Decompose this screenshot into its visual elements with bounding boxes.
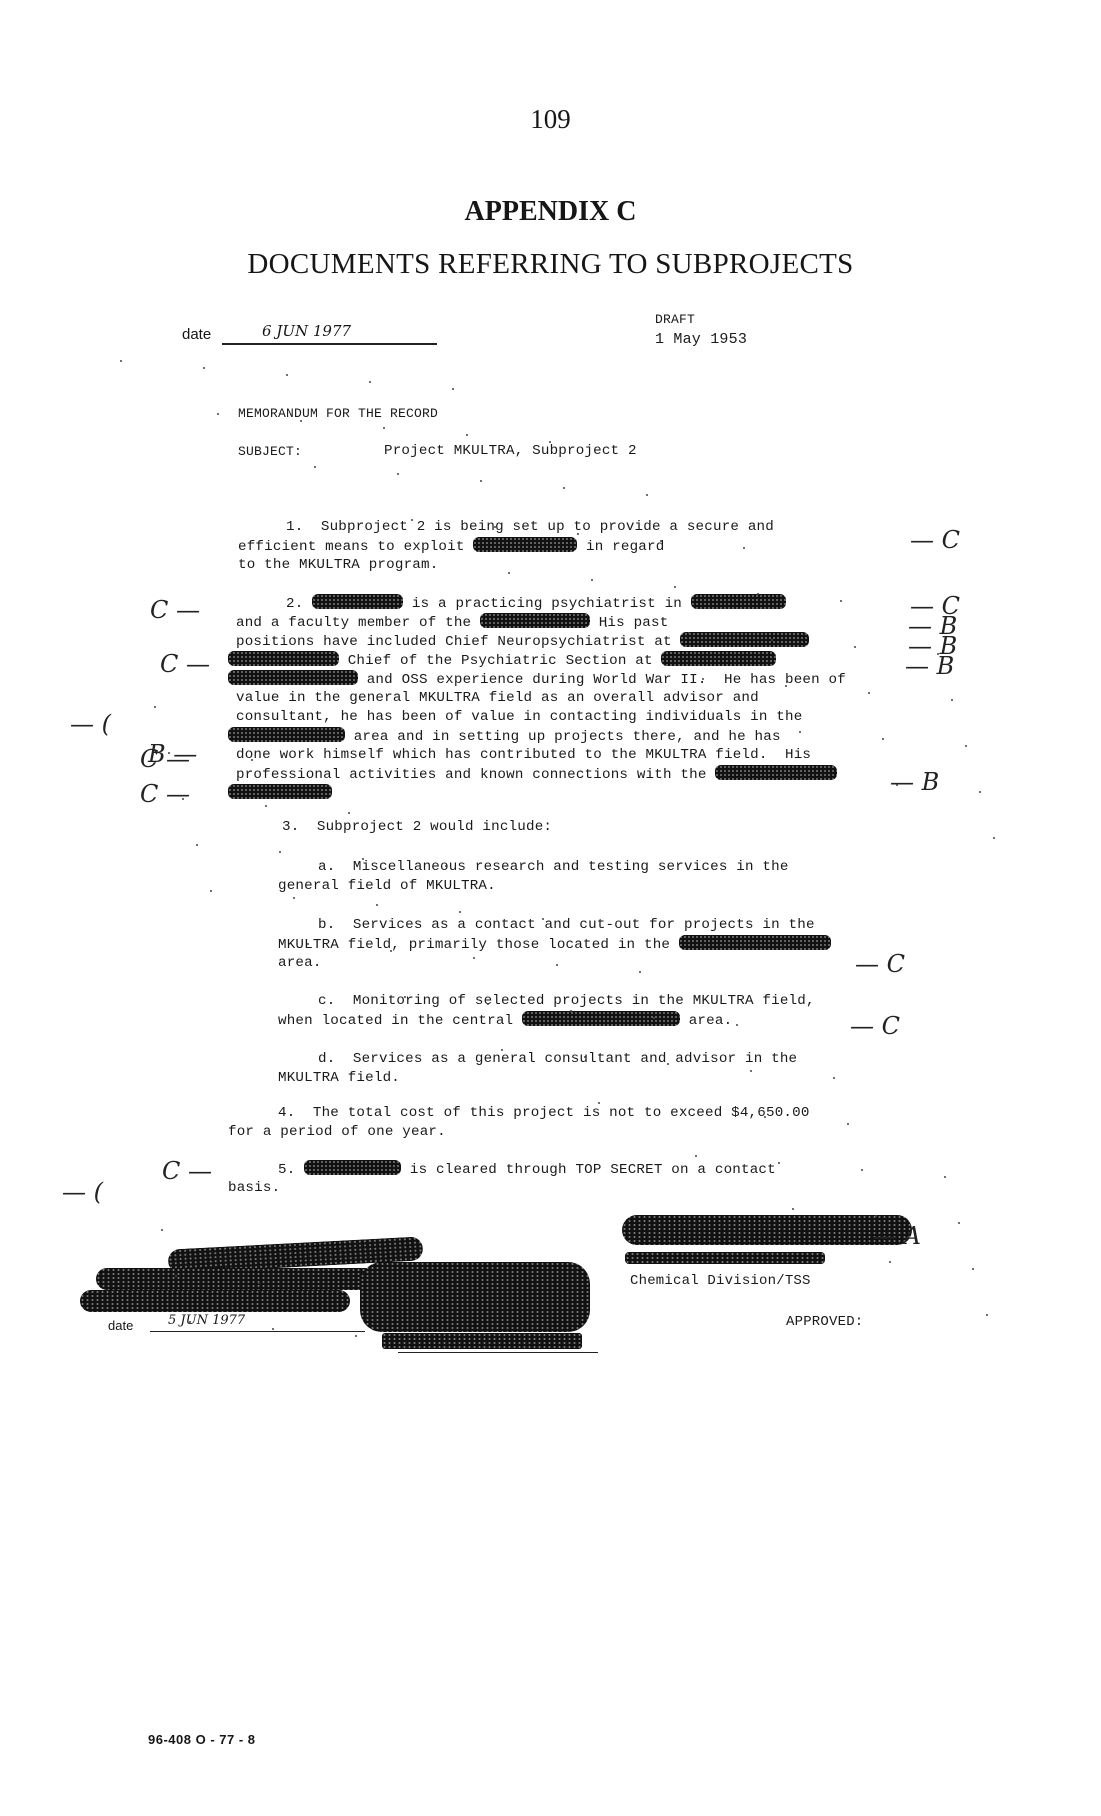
paragraph-3-item-c: c. Monitoring of selected projects in th… (318, 992, 815, 1011)
redaction-mark (228, 727, 345, 742)
redaction-mark (691, 594, 786, 609)
scan-speck (833, 1077, 835, 1079)
scan-speck (542, 918, 544, 920)
redacted-name (382, 1333, 582, 1349)
memo-text: 3. Subproject 2 would include: (282, 819, 552, 835)
scan-speck (549, 441, 551, 443)
paragraph-4-line: 4. The total cost of this project is not… (278, 1104, 810, 1123)
memo-text: d. Services as a general consultant and … (318, 1051, 797, 1067)
memo-text: c. Monitoring of selected projects in th… (318, 993, 815, 1009)
memo-text: MKULTRA field. (278, 1070, 400, 1086)
paragraph-1-line: to the MKULTRA program. (238, 556, 438, 575)
scan-speck (175, 1275, 177, 1277)
scan-speck (577, 533, 579, 535)
scan-speck (785, 685, 787, 687)
redaction-mark (304, 1160, 401, 1175)
memo-text: for a period of one year. (228, 1124, 446, 1140)
redaction-mark (228, 784, 332, 799)
scan-speck (736, 1024, 738, 1026)
paragraph-2-line (228, 784, 332, 804)
scan-speck (799, 731, 801, 733)
scan-speck (889, 1261, 891, 1263)
scan-speck (487, 1003, 489, 1005)
top-date-underline (222, 343, 437, 345)
margin-annotation-right: — C (910, 526, 960, 554)
scan-speck (750, 1070, 752, 1072)
paragraph-2-line: 2. is a practicing psychiatrist in (286, 594, 786, 614)
scan-speck (473, 957, 475, 959)
paragraph-2-line: done work himself which has contributed … (236, 746, 811, 765)
scan-speck (196, 844, 198, 846)
redacted-signature (360, 1262, 590, 1332)
scan-speck (258, 1282, 260, 1284)
scan-speck (667, 1063, 669, 1065)
memo-text: Chief of the Psychiatric Section at (348, 653, 653, 669)
margin-annotation-right: — C (850, 1012, 900, 1040)
scan-speck (847, 1123, 849, 1125)
memo-text: 5. (278, 1162, 295, 1178)
scan-speck (563, 487, 565, 489)
paragraph-2-line: area and in setting up projects there, a… (228, 727, 781, 747)
bottom-date-underline (150, 1331, 365, 1332)
paragraph-5-line: 5. is cleared through TOP SECRET on a co… (278, 1160, 776, 1180)
redaction-mark (228, 651, 339, 666)
scan-speck (390, 950, 392, 952)
paragraph-3-item-b: area. (278, 954, 322, 973)
scan-speck (792, 1208, 794, 1210)
page-number: 109 (0, 104, 1101, 135)
memo-text: 4. The total cost of this project is not… (278, 1105, 810, 1121)
redacted-signer (622, 1215, 912, 1245)
scan-speck (854, 646, 856, 648)
scan-speck (279, 851, 281, 853)
memo-text: b. Services as a contact and cut-out for… (318, 917, 815, 933)
draft-label: DRAFT (655, 310, 695, 329)
scan-speck (376, 904, 378, 906)
scan-speck (958, 1222, 960, 1224)
scan-speck (986, 1314, 988, 1316)
scan-speck (307, 943, 309, 945)
scan-speck (653, 1017, 655, 1019)
paragraph-2-line: consultant, he has been of value in cont… (236, 708, 802, 727)
margin-annotation-left: C — (160, 650, 210, 678)
redaction-mark (473, 537, 577, 552)
paragraph-3-item-a: general field of MKULTRA. (278, 877, 496, 896)
memo-text: to the MKULTRA program. (238, 557, 438, 573)
redaction-mark (679, 935, 831, 950)
memo-title: MEMORANDUM FOR THE RECORD (238, 404, 438, 423)
memo-text: area and in setting up projects there, a… (354, 729, 781, 745)
memo-text: MKULTRA field, primarily those located i… (278, 937, 670, 953)
subject-value: Project MKULTRA, Subproject 2 (384, 442, 637, 461)
scan-speck (182, 798, 184, 800)
scan-speck (688, 632, 690, 634)
scan-speck (702, 678, 704, 680)
scan-speck (570, 1010, 572, 1012)
scan-speck (972, 1268, 974, 1270)
appendix-subtitle: DOCUMENTS REFERRING TO SUBPROJECTS (0, 248, 1101, 281)
scan-speck (875, 1215, 877, 1217)
scan-speck (882, 738, 884, 740)
division-label: Chemical Division/TSS (630, 1272, 811, 1291)
margin-annotation-left: — ( (70, 710, 111, 738)
paragraph-2-line: positions have included Chief Neuropsych… (236, 632, 809, 652)
appendix-title: APPENDIX C (0, 196, 1101, 228)
paragraph-2-line: Chief of the Psychiatric Section at (228, 651, 776, 671)
paragraph-3-item-d: MKULTRA field. (278, 1069, 400, 1088)
scan-speck (397, 473, 399, 475)
scan-speck (293, 897, 295, 899)
memo-text: professional activities and known connec… (236, 767, 707, 783)
scan-speck (951, 699, 953, 701)
scan-speck (965, 745, 967, 747)
scan-speck (660, 540, 662, 542)
memo-text: value in the general MKULTRA field as an… (236, 690, 759, 706)
paragraph-3-intro: 3. Subproject 2 would include: (282, 818, 552, 837)
footer-code: 96-408 O - 77 - 8 (148, 1732, 256, 1747)
scan-speck (695, 1155, 697, 1157)
scan-speck (404, 996, 406, 998)
paragraph-2-line: and a faculty member of the His past (236, 613, 668, 633)
paragraph-4-line: for a period of one year. (228, 1123, 446, 1142)
paragraph-3-item-d: d. Services as a general consultant and … (318, 1050, 797, 1069)
redaction-mark (661, 651, 776, 666)
redaction-mark (715, 765, 837, 780)
redaction-mark (480, 613, 590, 628)
memo-text: consultant, he has been of value in cont… (236, 709, 802, 725)
scan-speck (868, 692, 870, 694)
scan-speck (556, 964, 558, 966)
margin-annotation-right: — A (872, 1222, 921, 1250)
redacted-title (625, 1252, 825, 1264)
signature-line (398, 1352, 598, 1353)
scan-speck (861, 1169, 863, 1171)
paragraph-1-line: 1. Subproject 2 is being set up to provi… (286, 518, 774, 537)
memo-text: area. (689, 1013, 733, 1029)
memo-text: and a faculty member of the (236, 615, 471, 631)
memo-text: when located in the central (278, 1013, 513, 1029)
scan-speck (203, 367, 205, 369)
scan-speck (591, 579, 593, 581)
scan-speck (494, 526, 496, 528)
scan-speck (480, 480, 482, 482)
scan-speck (272, 1328, 274, 1330)
margin-annotation-right: — B (905, 652, 954, 680)
redaction-mark (228, 670, 358, 685)
scan-speck (605, 625, 607, 627)
scan-speck (466, 434, 468, 436)
redacted-signature (80, 1290, 350, 1312)
scan-speck (639, 971, 641, 973)
scan-speck (501, 1049, 503, 1051)
scan-speck (445, 865, 447, 867)
redaction-mark (680, 632, 809, 647)
scan-speck (362, 858, 364, 860)
scan-speck (681, 1109, 683, 1111)
margin-annotation-left: C — (140, 780, 190, 808)
subject-label: SUBJECT: (238, 442, 302, 461)
memo-text: His past (599, 615, 669, 631)
memo-text: positions have included Chief Neuropsych… (236, 634, 672, 650)
scan-speck (314, 466, 316, 468)
paragraph-2-line: value in the general MKULTRA field as an… (236, 689, 759, 708)
paragraph-3-item-c: when located in the central area. (278, 1011, 732, 1031)
scan-speck (120, 360, 122, 362)
memo-text: in regard (586, 539, 664, 555)
scan-speck (210, 890, 212, 892)
scan-speck (459, 911, 461, 913)
draft-date: 1 May 1953 (655, 330, 747, 349)
scan-speck (764, 1116, 766, 1118)
scan-speck (411, 519, 413, 521)
scan-speck (217, 413, 219, 415)
scan-speck (646, 494, 648, 496)
memo-text: and OSS experience during World War II. … (367, 672, 846, 688)
scan-speck (383, 427, 385, 429)
scan-speck (161, 1229, 163, 1231)
approved-label: APPROVED: (786, 1313, 863, 1332)
scan-speck (300, 420, 302, 422)
margin-annotation-right: — C (855, 950, 905, 978)
memo-text: 1. Subproject 2 is being set up to provi… (286, 519, 774, 535)
bottom-date-label: date (108, 1318, 133, 1333)
paragraph-1-line: efficient means to exploit in regard (238, 537, 664, 557)
scan-speck (840, 600, 842, 602)
memo-text: is cleared through TOP SECRET on a conta… (410, 1162, 776, 1178)
memo-text: is a practicing psychiatrist in (412, 596, 682, 612)
margin-annotation-left: — ( (62, 1178, 103, 1206)
scan-speck (993, 837, 995, 839)
scan-speck (348, 812, 350, 814)
scan-speck (778, 1162, 780, 1164)
bottom-date-value: 5 JUN 1977 (168, 1313, 245, 1328)
margin-annotation-right: — B (890, 768, 939, 796)
scan-speck (265, 805, 267, 807)
paragraph-3-item-b: b. Services as a contact and cut-out for… (318, 916, 815, 935)
scan-speck (355, 1335, 357, 1337)
memo-text: general field of MKULTRA. (278, 878, 496, 894)
scan-speck (584, 1056, 586, 1058)
scan-speck (937, 653, 939, 655)
margin-annotation-left: C — (162, 1157, 212, 1185)
memo-text: basis. (228, 1180, 280, 1196)
margin-annotation-left: C — (140, 745, 190, 773)
scan-speck (896, 784, 898, 786)
redaction-mark (312, 594, 403, 609)
memo-text: a. Miscellaneous research and testing se… (318, 859, 789, 875)
scan-speck (154, 706, 156, 708)
top-date-value: 6 JUN 1977 (262, 322, 351, 340)
scan-speck (168, 752, 170, 754)
paragraph-5-line: basis. (228, 1179, 280, 1198)
paragraph-3-item-b: MKULTRA field, primarily those located i… (278, 935, 831, 955)
redaction-mark (522, 1011, 680, 1026)
margin-annotation-left: C — (150, 596, 200, 624)
scan-speck (189, 1321, 191, 1323)
scan-speck (251, 759, 253, 761)
paragraph-3-item-a: a. Miscellaneous research and testing se… (318, 858, 789, 877)
scan-speck (598, 1102, 600, 1104)
scan-speck (944, 1176, 946, 1178)
memo-text: 2. (286, 596, 303, 612)
scan-speck (452, 388, 454, 390)
memo-text: done work himself which has contributed … (236, 747, 811, 763)
top-date-label: date (182, 326, 211, 343)
memo-text: efficient means to exploit (238, 539, 465, 555)
memo-text: area. (278, 955, 322, 971)
scan-speck (771, 639, 773, 641)
scan-speck (286, 374, 288, 376)
paragraph-2-line: and OSS experience during World War II. … (228, 670, 846, 690)
scan-speck (369, 381, 371, 383)
scan-speck (508, 572, 510, 574)
scan-speck (674, 586, 676, 588)
scan-speck (743, 547, 745, 549)
scan-speck (757, 593, 759, 595)
scan-speck (979, 791, 981, 793)
paragraph-2-line: professional activities and known connec… (236, 765, 837, 785)
